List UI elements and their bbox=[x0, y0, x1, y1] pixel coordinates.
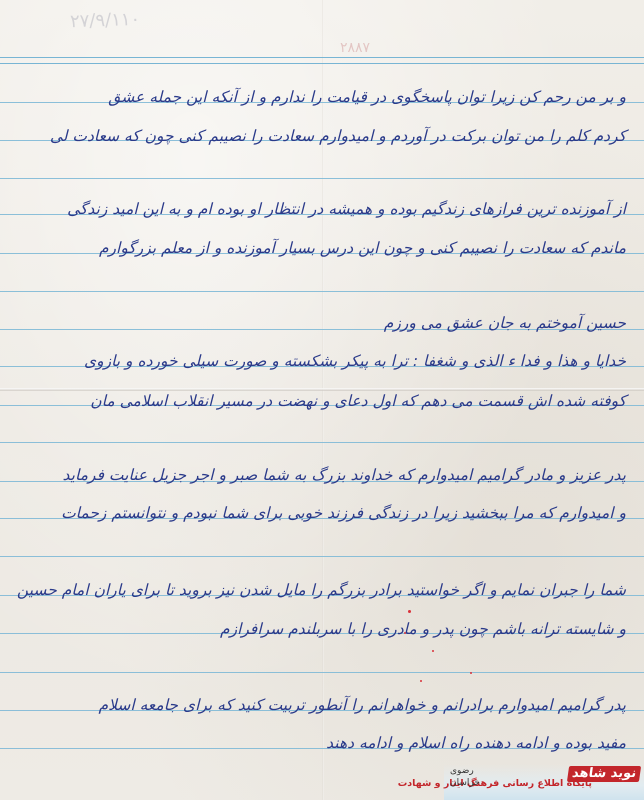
ruled-line bbox=[0, 556, 644, 557]
watermark-logo: نوید شاهد پایگاه اطلاع رسانی فرهنگ ایثار… bbox=[444, 764, 644, 800]
faint-red-number: ۲۸۸۷ bbox=[340, 40, 370, 56]
handwritten-line: شما را جبران نمایم و اگر خواستید برادر ب… bbox=[17, 581, 626, 599]
handwritten-line: از آموزنده ترین فرازهای زندگیم بوده و هم… bbox=[67, 200, 626, 218]
handwritten-line: پدر عزیز و مادر گرامیم امیدوارم که خداون… bbox=[63, 466, 626, 484]
paper-fold-horizontal bbox=[0, 388, 644, 391]
scanned-letter-page: ۲۷/۹/۱۱۰ ۲۸۸۷ و بر من رحم کن زیرا توان پ… bbox=[0, 0, 644, 800]
pencil-page-number: ۲۷/۹/۱۱۰ bbox=[70, 9, 141, 32]
red-ink-speck bbox=[432, 650, 434, 652]
brand-tagline: پایگاه اطلاع رسانی فرهنگ ایثار و شهادت bbox=[398, 778, 592, 789]
handwritten-line: کردم کلم را من توان برکت در آوردم و امید… bbox=[50, 127, 626, 145]
handwritten-line: و بر من رحم کن زیرا توان پاسخگوی در قیام… bbox=[108, 88, 626, 106]
ruled-line bbox=[0, 178, 644, 179]
ruled-line bbox=[0, 57, 644, 58]
red-ink-speck bbox=[408, 610, 411, 613]
red-ink-speck bbox=[404, 632, 406, 634]
brand-region-top: رضوی bbox=[450, 766, 474, 776]
handwritten-line: خدایا و هذا و فدا ء الذی و شغفا : ترا به… bbox=[84, 352, 626, 370]
handwritten-line: ماندم که سعادت را نصیبم کنی و چون این در… bbox=[99, 239, 626, 257]
handwritten-line: و امیدوارم که مرا ببخشید زیرا در زندگی ف… bbox=[61, 504, 626, 522]
ruled-line bbox=[0, 291, 644, 292]
handwritten-line: پدر گرامیم امیدوارم برادرانم و خواهرانم … bbox=[99, 696, 626, 714]
handwritten-line: حسین آموختم به جان عشق می ورزم bbox=[384, 314, 626, 332]
brand-region-bottom: خراسان bbox=[450, 778, 480, 788]
ruled-line bbox=[0, 442, 644, 443]
handwritten-line: مفید بوده و ادامه دهنده راه اسلام و ادام… bbox=[326, 734, 626, 752]
ruled-line bbox=[0, 672, 644, 673]
red-ink-speck bbox=[420, 680, 422, 682]
handwritten-line: و شایسته ترانه باشم چون پدر و مادری را ب… bbox=[220, 620, 626, 638]
handwritten-line: کوفته شده اش قسمت می دهم که اول دعای و ن… bbox=[90, 392, 626, 410]
red-ink-speck bbox=[470, 672, 472, 674]
ruled-line bbox=[0, 63, 644, 64]
